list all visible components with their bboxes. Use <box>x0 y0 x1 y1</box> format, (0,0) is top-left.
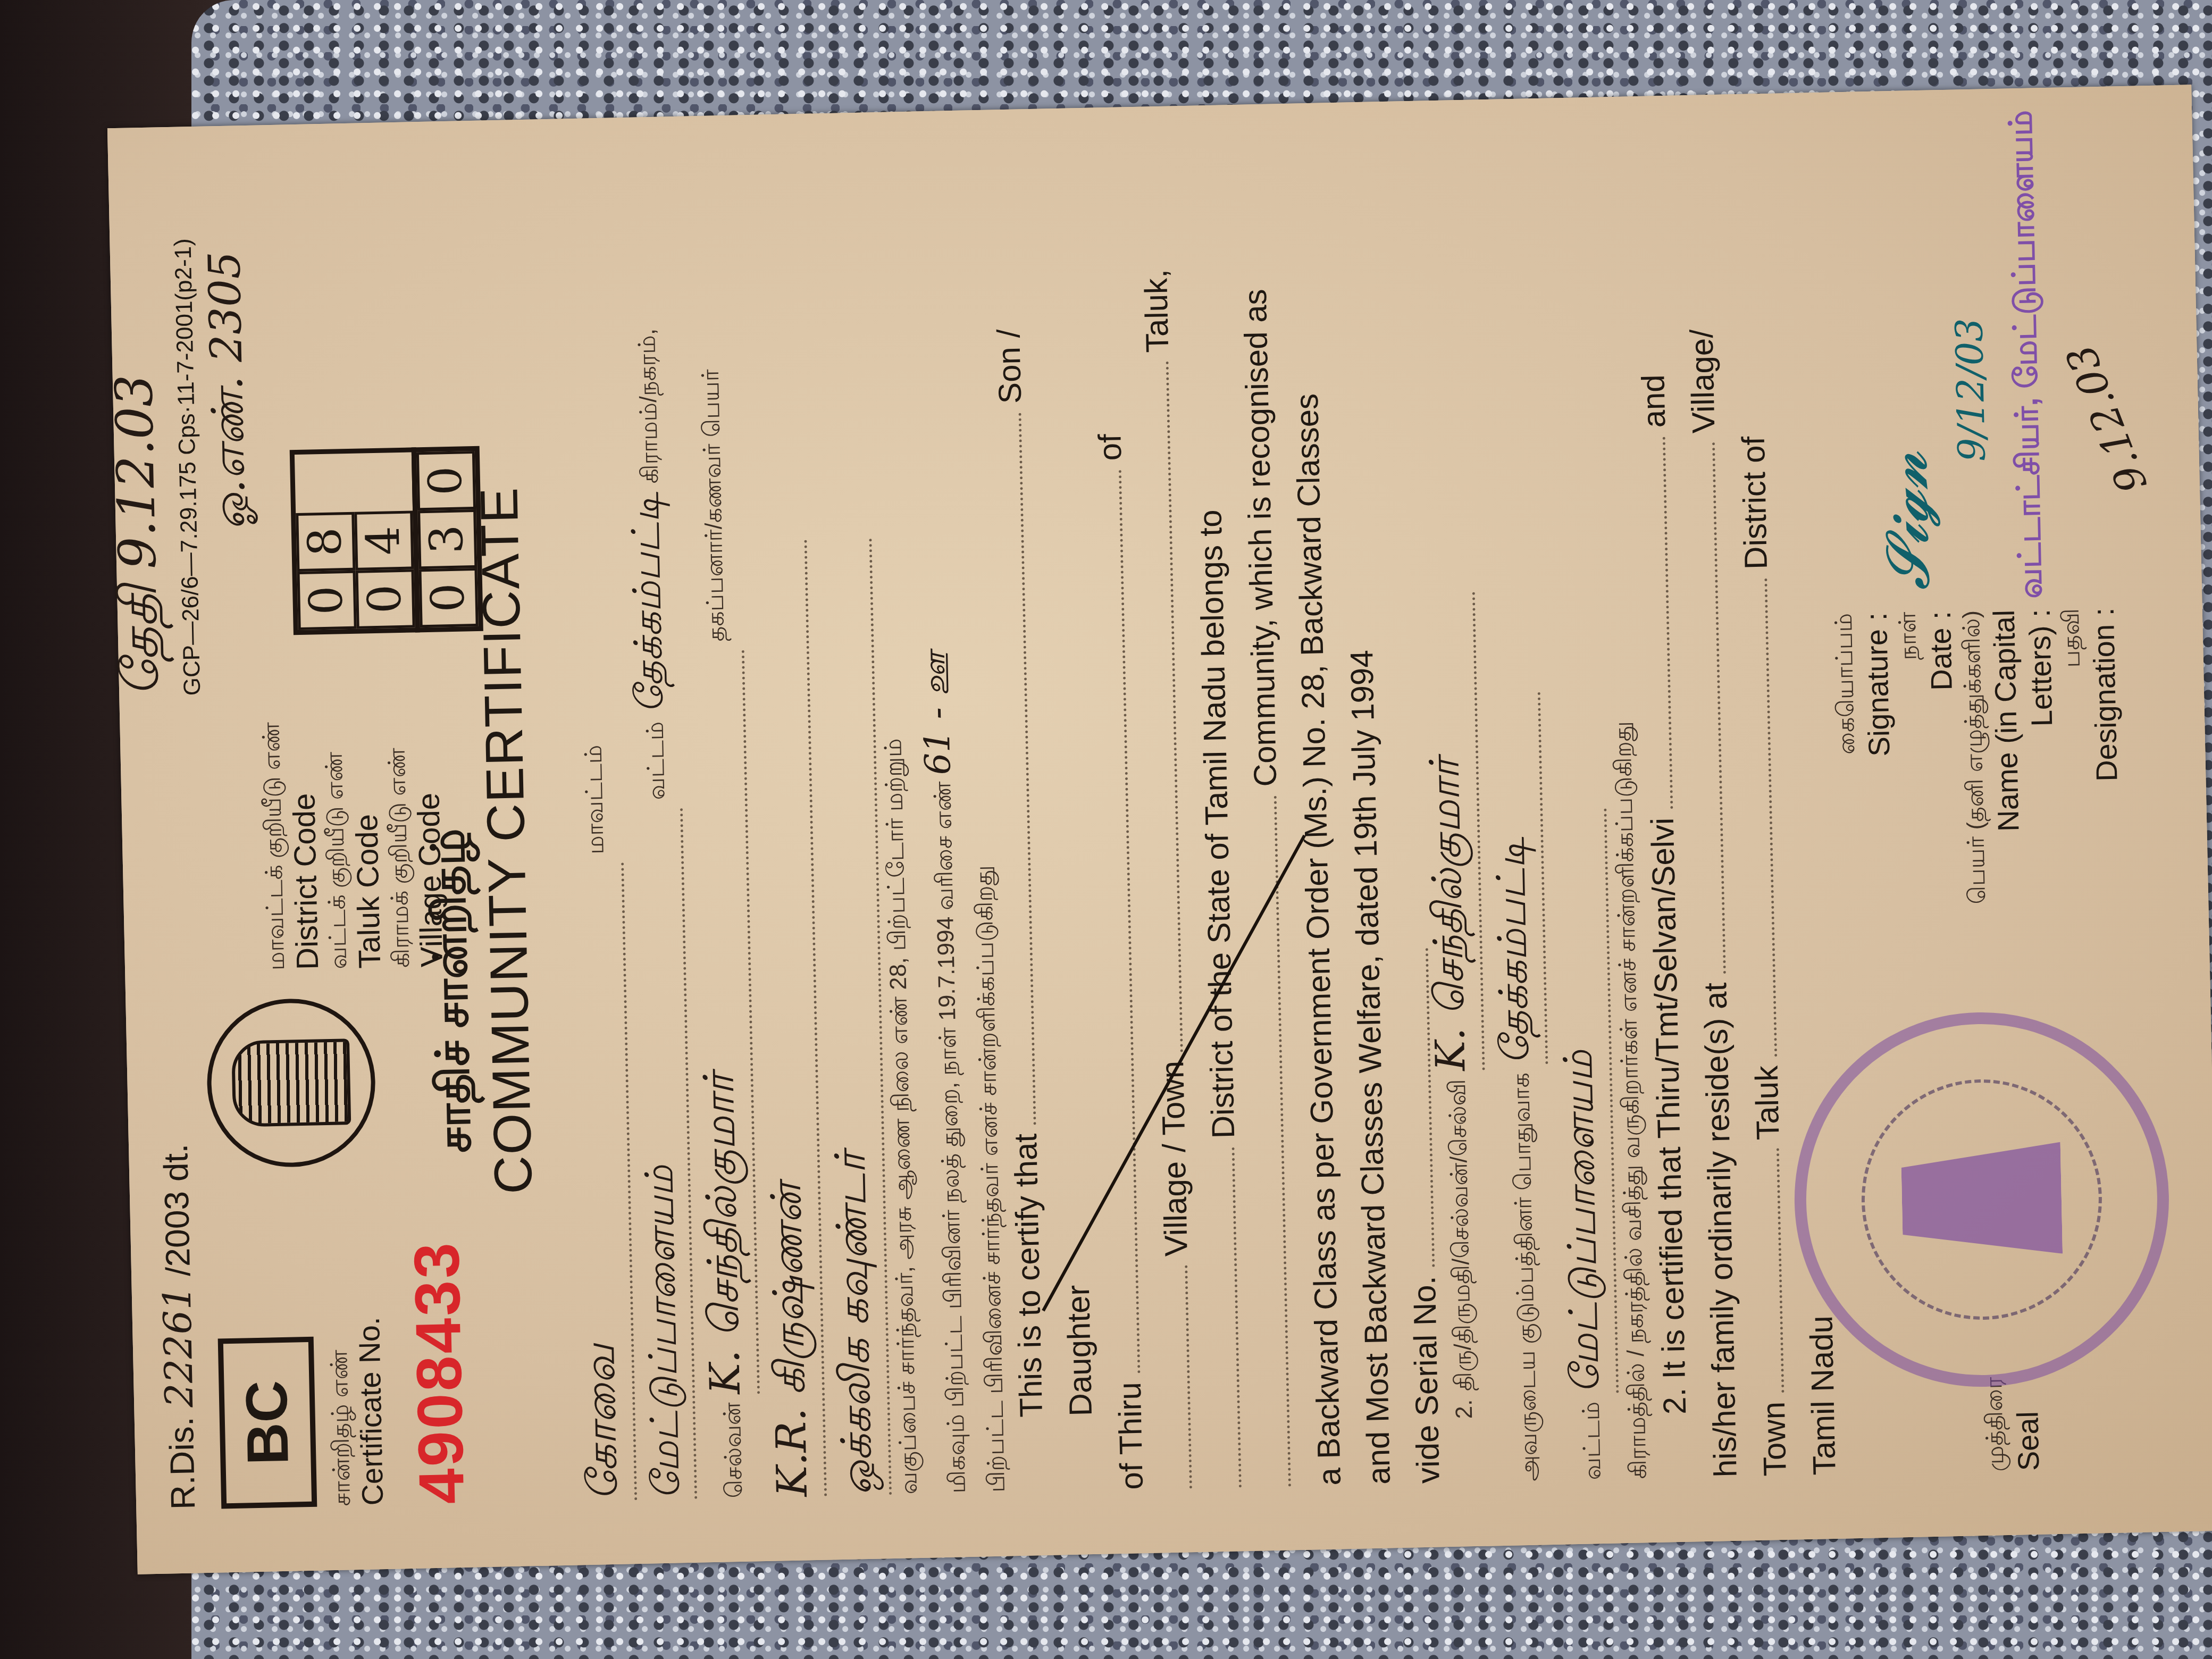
code-grid: 0 8 0 4 0 3 0 <box>290 446 483 635</box>
district-code-digit: 8 <box>296 512 355 572</box>
taluk-code-digit: 4 <box>354 510 414 570</box>
serial-handwritten: 61 - ஊ <box>915 651 959 775</box>
official-seal-stamp <box>1791 1009 2173 1391</box>
seal-label: முத்திரை Seal <box>1979 1376 2048 1472</box>
officer-designation-stamp: வட்டாட்சியர், மேட்டுப்பாளையம் <box>2000 110 2050 599</box>
village-handwritten: தேக்கம்பட்டி <box>623 492 672 714</box>
handwritten-reference-number: ஓ.எண். 2305 <box>198 251 258 531</box>
district-code-digit: 0 <box>297 571 356 630</box>
resident-taluk-handwritten: மேட்டுப்பாளையம் <box>1543 808 1619 1394</box>
rdis-number: 22261 <box>155 1285 202 1408</box>
resident-village-handwritten: தேக்கம்பட்டி <box>1477 692 1548 1065</box>
community-certificate: R.Dis. 22261 /2003 dt. தேதி 9.12.03 GCP—… <box>107 85 2212 1574</box>
initials-date: 9.12.03 <box>2055 338 2158 500</box>
resident-name-handwritten: K. செந்தில்குமார் <box>1410 592 1485 1071</box>
signature-block-labels: கையொப்பம் Signature : நாள் Date : பெயர் … <box>1830 607 2128 932</box>
english-paragraph-1: This is to certify that Son / Daughter o… <box>981 180 1453 1492</box>
taluk-code-digit: 0 <box>355 569 415 629</box>
officer-signature: 𝓢𝓲𝓰𝓷 <box>1869 451 1945 591</box>
title-english: COMMUNITY CERTIFICATE <box>466 486 547 1195</box>
signed-date: 9/12/03 <box>1946 317 1996 462</box>
cert-no-label: Certificate No. <box>350 1317 391 1506</box>
tamil-paragraph-2: 2. திரு/திருமதி/செல்வன்/செல்வி K. செந்தி… <box>1401 176 1657 1483</box>
category-badge: BC <box>218 1337 317 1509</box>
handwritten-date-note: தேதி 9.12.03 <box>102 374 173 698</box>
rdis-line: R.Dis. 22261 /2003 dt. <box>150 1143 205 1510</box>
tamil-paragraph-1: கோவை மாவட்டம் மேட்டுப்பாளையம் வட்டம் தேக… <box>545 190 1015 1502</box>
certificate-number: 4908433 <box>397 1240 482 1505</box>
tamil-nadu-emblem-icon <box>205 997 377 1169</box>
